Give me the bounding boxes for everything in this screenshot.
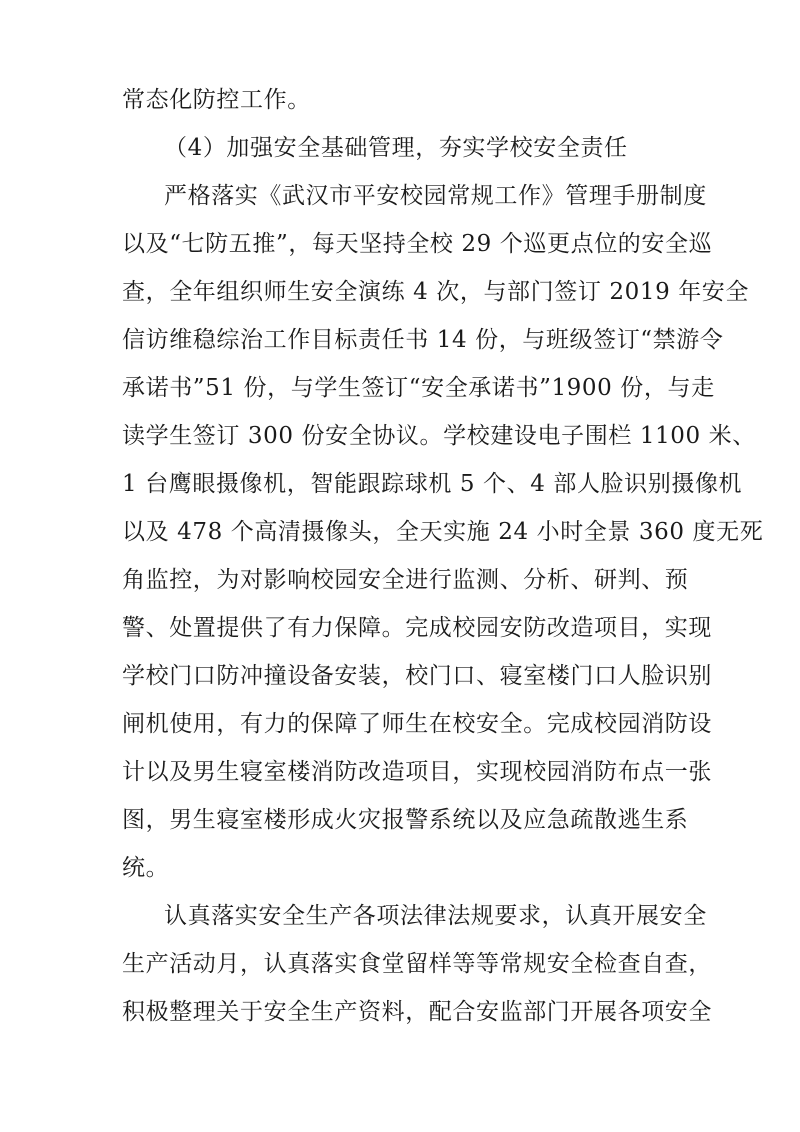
paragraph-1-line-9: 角监控，为对影响校园安全进行监测、分析、研判、预 <box>122 565 688 595</box>
paragraph-2-line-3: 积极整理关于安全生产资料，配合安监部门开展各项安全 <box>122 997 712 1027</box>
paragraph-1-line-12: 闸机使用，有力的保障了师生在校安全。完成校园消防设 <box>122 709 712 739</box>
paragraph-1-line-15: 统。 <box>122 853 169 883</box>
paragraph-1-line-8: 以及 478 个高清摄像头，全天实施 24 小时全景 360 度无死 <box>122 517 763 547</box>
paragraph-1-line-4: 信访维稳综治工作目标责任书 14 份，与班级签订“禁游令 <box>122 325 723 355</box>
paragraph-2-line-2: 生产活动月，认真落实食堂留样等等常规安全检查自查， <box>122 949 712 979</box>
paragraph-1-line-1: 严格落实《武汉市平安校园常规工作》管理手册制度 <box>164 181 707 211</box>
paragraph-1-line-3: 查，全年组织师生安全演练 4 次，与部门签订 2019 年安全 <box>122 277 749 307</box>
section-heading: （4）加强安全基础管理，夯实学校安全责任 <box>164 133 628 163</box>
paragraph-1-line-10: 警、处置提供了有力保障。完成校园安防改造项目，实现 <box>122 613 712 643</box>
paragraph-1-line-7: 1 台鹰眼摄像机，智能跟踪球机 5 个、4 部人脸识别摄像机 <box>122 469 742 499</box>
paragraph-1-line-13: 计以及男生寝室楼消防改造项目，实现校园消防布点一张 <box>122 757 712 787</box>
paragraph-2-line-1: 认真落实安全生产各项法律法规要求，认真开展安全 <box>164 901 707 931</box>
text-line-continuation: 常态化防控工作。 <box>122 85 311 115</box>
paragraph-1-line-11: 学校门口防冲撞设备安装，校门口、寝室楼门口人脸识别 <box>122 661 712 691</box>
paragraph-1-line-14: 图，男生寝室楼形成火灾报警系统以及应急疏散逃生系 <box>122 805 688 835</box>
paragraph-1-line-5: 承诺书”51 份，与学生签订“安全承诺书”1900 份，与走 <box>122 373 715 403</box>
document-page: 常态化防控工作。 （4）加强安全基础管理，夯实学校安全责任 严格落实《武汉市平安… <box>0 0 800 1132</box>
paragraph-1-line-6: 读学生签订 300 份安全协议。学校建设电子围栏 1100 米、 <box>122 421 756 451</box>
paragraph-1-line-2: 以及“七防五推”，每天坚持全校 29 个巡更点位的安全巡 <box>122 229 712 259</box>
